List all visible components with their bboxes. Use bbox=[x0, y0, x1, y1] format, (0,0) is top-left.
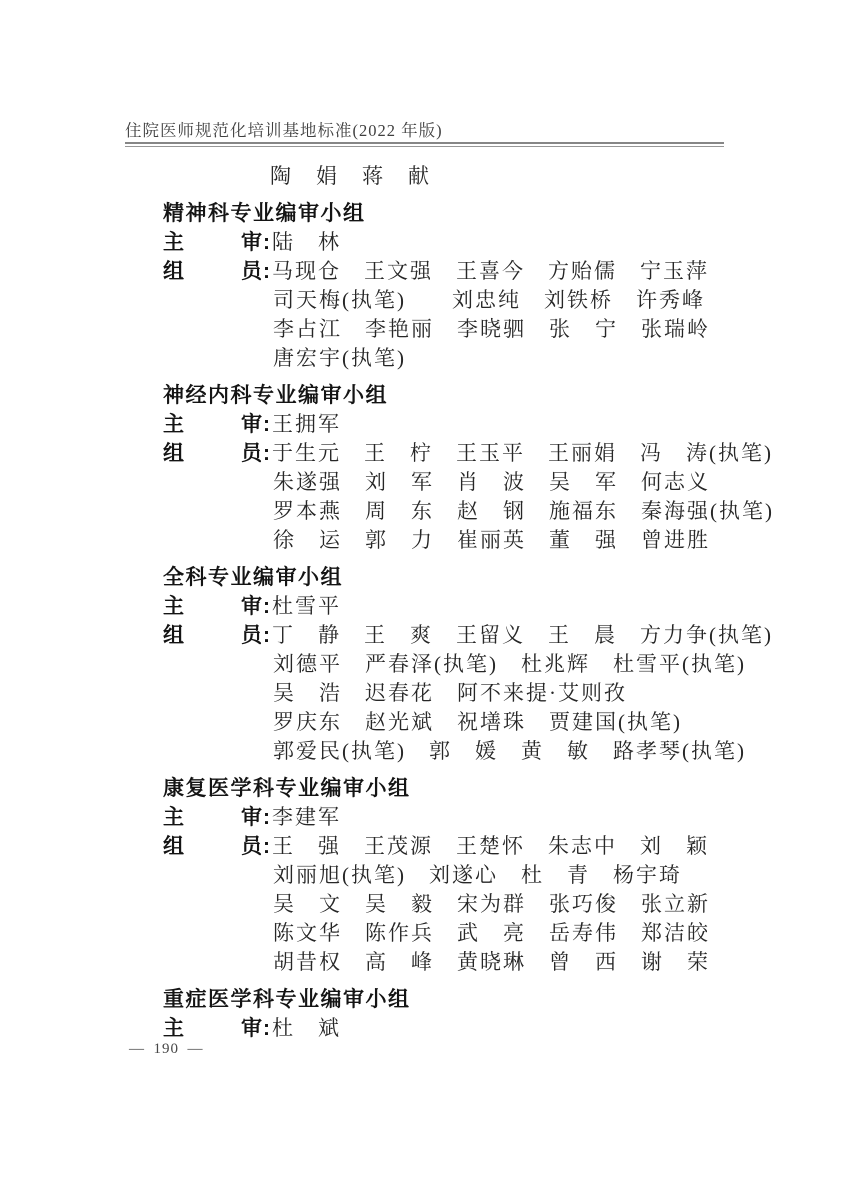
chief-name: 杜雪平 bbox=[272, 592, 341, 621]
section-title: 精神科专业编审小组 bbox=[163, 199, 849, 228]
label-colon: : bbox=[263, 832, 270, 861]
chief-label: 主审 bbox=[163, 228, 262, 257]
member-names: 吴 文 吴 毅 宋为群 张巧俊 张立新 bbox=[273, 890, 849, 919]
chief-row: 主审:杜 斌 bbox=[163, 1014, 849, 1043]
page-number: — 190 — bbox=[129, 1041, 204, 1058]
members-label: 组员 bbox=[163, 257, 262, 286]
section-title: 重症医学科专业编审小组 bbox=[163, 985, 849, 1014]
section-neurology: 神经内科专业编审小组 主审:王拥军 组员:于生元 王 柠 王玉平 王丽娟 冯 涛… bbox=[163, 381, 849, 555]
document-page: 住院医师规范化培训基地标准(2022 年版) 陶 娟 蒋 献 精神科专业编审小组… bbox=[0, 0, 849, 1200]
member-names: 朱遂强 刘 军 肖 波 吴 军 何志义 bbox=[273, 468, 849, 497]
member-names: 丁 静 王 爽 王留义 王 晨 方力争(执笔) bbox=[272, 621, 773, 650]
label-colon: : bbox=[263, 228, 270, 257]
chief-row: 主审:杜雪平 bbox=[163, 592, 849, 621]
member-names: 徐 运 郭 力 崔丽英 董 强 曾进胜 bbox=[273, 526, 849, 555]
chief-name: 陆 林 bbox=[272, 228, 341, 257]
chief-name: 杜 斌 bbox=[272, 1014, 341, 1043]
label-colon: : bbox=[263, 439, 270, 468]
label-colon: : bbox=[263, 621, 270, 650]
section-title: 康复医学科专业编审小组 bbox=[163, 774, 849, 803]
member-names: 刘德平 严春泽(执笔) 杜兆辉 杜雪平(执笔) bbox=[273, 650, 849, 679]
section-general-practice: 全科专业编审小组 主审:杜雪平 组员:丁 静 王 爽 王留义 王 晨 方力争(执… bbox=[163, 563, 849, 766]
label-colon: : bbox=[263, 592, 270, 621]
continuation-names: 陶 娟 蒋 献 bbox=[270, 162, 849, 191]
members-row: 组员:王 强 王茂源 王楚怀 朱志中 刘 颖 bbox=[163, 832, 849, 861]
chief-row: 主审:王拥军 bbox=[163, 410, 849, 439]
members-label: 组员 bbox=[163, 439, 262, 468]
running-header: 住院医师规范化培训基地标准(2022 年版) bbox=[125, 117, 443, 141]
member-names: 于生元 王 柠 王玉平 王丽娟 冯 涛(执笔) bbox=[272, 439, 773, 468]
member-names: 刘丽旭(执笔) 刘遂心 杜 青 杨宇琦 bbox=[273, 861, 849, 890]
members-label: 组员 bbox=[163, 621, 262, 650]
members-label: 组员 bbox=[163, 832, 262, 861]
member-names: 吴 浩 迟春花 阿不来提·艾则孜 bbox=[273, 679, 849, 708]
member-names: 马现仓 王文强 王喜今 方贻儒 宁玉萍 bbox=[272, 257, 709, 286]
page-content: 陶 娟 蒋 献 精神科专业编审小组 主审:陆 林 组员:马现仓 王文强 王喜今 … bbox=[163, 162, 849, 1043]
header-rule bbox=[125, 142, 724, 147]
chief-label: 主审 bbox=[163, 803, 262, 832]
label-colon: : bbox=[263, 410, 270, 439]
chief-label: 主审 bbox=[163, 592, 262, 621]
member-names: 李占江 李艳丽 李晓驷 张 宁 张瑞岭 bbox=[273, 315, 849, 344]
chief-label: 主审 bbox=[163, 1014, 262, 1043]
members-row: 组员:丁 静 王 爽 王留义 王 晨 方力争(执笔) bbox=[163, 621, 849, 650]
chief-name: 李建军 bbox=[272, 803, 341, 832]
chief-label: 主审 bbox=[163, 410, 262, 439]
chief-name: 王拥军 bbox=[272, 410, 341, 439]
section-rehabilitation: 康复医学科专业编审小组 主审:李建军 组员:王 强 王茂源 王楚怀 朱志中 刘 … bbox=[163, 774, 849, 977]
member-names: 王 强 王茂源 王楚怀 朱志中 刘 颖 bbox=[272, 832, 709, 861]
label-colon: : bbox=[263, 257, 270, 286]
member-names: 唐宏宇(执笔) bbox=[273, 344, 849, 373]
members-row: 组员:于生元 王 柠 王玉平 王丽娟 冯 涛(执笔) bbox=[163, 439, 849, 468]
label-colon: : bbox=[263, 1014, 270, 1043]
chief-row: 主审:李建军 bbox=[163, 803, 849, 832]
section-psychiatry: 精神科专业编审小组 主审:陆 林 组员:马现仓 王文强 王喜今 方贻儒 宁玉萍 … bbox=[163, 199, 849, 373]
member-names: 罗本燕 周 东 赵 钢 施福东 秦海强(执笔) bbox=[273, 497, 849, 526]
member-names: 罗庆东 赵光斌 祝墡珠 贾建国(执笔) bbox=[273, 708, 849, 737]
chief-row: 主审:陆 林 bbox=[163, 228, 849, 257]
member-names: 郭爱民(执笔) 郭 媛 黄 敏 路孝琴(执笔) bbox=[273, 737, 849, 766]
section-critical-care: 重症医学科专业编审小组 主审:杜 斌 bbox=[163, 985, 849, 1043]
members-row: 组员:马现仓 王文强 王喜今 方贻儒 宁玉萍 bbox=[163, 257, 849, 286]
section-title: 神经内科专业编审小组 bbox=[163, 381, 849, 410]
label-colon: : bbox=[263, 803, 270, 832]
member-names: 司天梅(执笔) 刘忠纯 刘铁桥 许秀峰 bbox=[273, 286, 849, 315]
member-names: 陈文华 陈作兵 武 亮 岳寿伟 郑洁皎 bbox=[273, 919, 849, 948]
member-names: 胡昔权 高 峰 黄晓琳 曾 西 谢 荣 bbox=[273, 948, 849, 977]
section-title: 全科专业编审小组 bbox=[163, 563, 849, 592]
